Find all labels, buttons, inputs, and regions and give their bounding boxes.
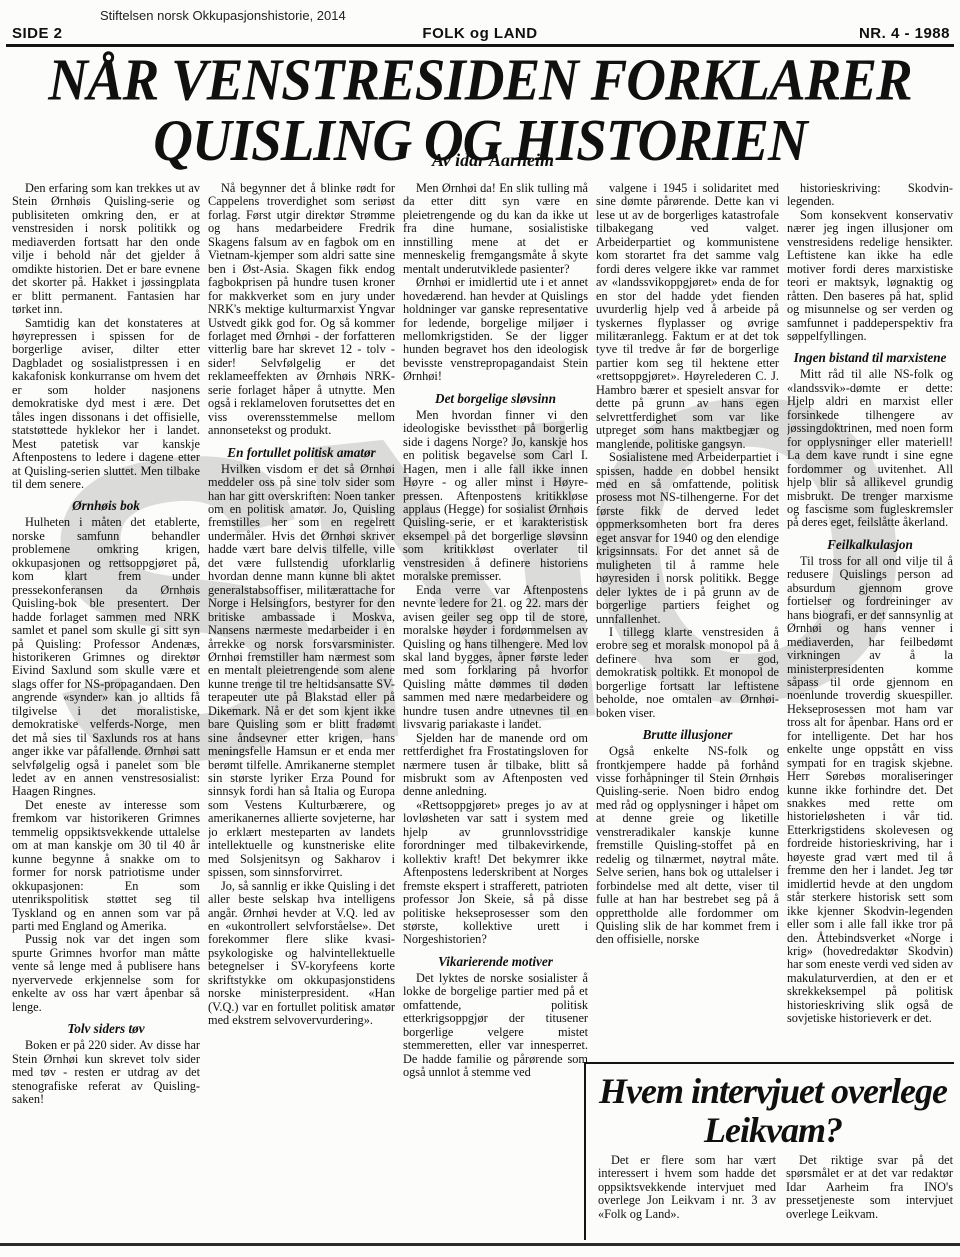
paragraph: Det eneste av interesse som fremkom var … [12, 799, 200, 934]
byline: Av idar Aarheim [398, 150, 588, 171]
article-column-1: Den erfaring som kan trekkes ut av Stein… [12, 182, 200, 1240]
paragraph: Men Ørnhøi da! En slik tulling må da ett… [403, 182, 588, 276]
section-subhead: Ørnhøis bok [12, 499, 200, 513]
paragraph: Sjelden har de manende ord om rettferdig… [403, 732, 588, 799]
article-column-4: valgene i 1945 i solidaritet med sine dø… [596, 182, 779, 1058]
article-column-5: historieskriving: Skodvin-legenden.Som k… [787, 182, 953, 1058]
page-bottom-divider [0, 1243, 960, 1246]
section-subhead: Brutte illusjoner [596, 728, 779, 742]
provenance-stamp: Stiftelsen norsk Okkupasjonshistorie, 20… [100, 8, 346, 23]
paragraph: Mitt råd til alle NS-folk og «landssvik»… [787, 368, 953, 529]
paragraph: Sosialistene med Arbeiderpartiet i spiss… [596, 451, 779, 626]
paragraph: historieskriving: Skodvin-legenden. [787, 182, 953, 209]
paragraph: Til tross for all ond vilje til å reduse… [787, 555, 953, 1026]
masthead: FOLK og LAND [0, 25, 960, 42]
paragraph: «Rettsoppgjøret» preges jo av at lovløsh… [403, 799, 588, 947]
newspaper-page: Stiftelsen norsk Okkupasjonshistorie, 20… [0, 0, 960, 1257]
paragraph: Jo, så sannlig er ikke Quisling i det al… [208, 880, 395, 1028]
paragraph: Ørnhøi er imidlertid ute i et annet hove… [403, 276, 588, 384]
paragraph: valgene i 1945 i solidaritet med sine dø… [596, 182, 779, 451]
paragraph: Det lyktes de norske sosialister å lokke… [403, 972, 588, 1080]
paragraph: Samtidig kan det konstateres at høyrepre… [12, 317, 200, 492]
paragraph: Det riktige svar på det spørsmålet er at… [786, 1154, 953, 1221]
section-subhead: Feilkalkulasjon [787, 538, 953, 552]
section-subhead: Det borgelige sløvsinn [403, 392, 588, 406]
paragraph: Hvilken visdom er det så Ørnhøi meddeler… [208, 463, 395, 880]
paragraph: Også enkelte NS-folk og frontkjempere ha… [596, 745, 779, 947]
bottom-article-column-1: Det er flere som har vært interessert i … [598, 1154, 776, 1238]
issue-number: NR. 4 - 1988 [859, 25, 950, 42]
paragraph: Pussig nok var det ingen som spurte Grim… [12, 933, 200, 1014]
paragraph: Enda verre var Aftenpostens nevnte leder… [403, 584, 588, 732]
article-column-2: Nå begynner det å blinke rødt for Cappel… [208, 182, 395, 1154]
paragraph: Men hvordan finner vi den ideologiske be… [403, 409, 588, 584]
paragraph: Den erfaring som kan trekkes ut av Stein… [12, 182, 200, 317]
section-subhead: Tolv siders tøv [12, 1022, 200, 1036]
paragraph: Som konsekvent konservativ nærer jeg ing… [787, 209, 953, 344]
bottom-article-headline: Hvem intervjuet overlege Leikvam? [592, 1072, 954, 1150]
main-headline-line1: NÅR VENSTRESIDEN FORKLARER [0, 50, 960, 110]
section-subhead: Vikarierende motiver [403, 955, 588, 969]
bottom-article-left-divider [584, 1062, 586, 1240]
paragraph: Boken er på 220 sider. Av disse har Stei… [12, 1039, 200, 1106]
section-subhead: Ingen bistand til marxistene [787, 351, 953, 365]
section-subhead: En fortullet politisk amatør [208, 446, 395, 460]
bottom-article-column-2: Det riktige svar på det spørsmålet er at… [786, 1154, 953, 1238]
bottom-article-top-divider [586, 1062, 954, 1064]
paragraph: I tillegg klarte venstresiden å erobre s… [596, 626, 779, 720]
article-column-3: Men Ørnhøi da! En slik tulling må da ett… [403, 182, 588, 1236]
paragraph: Nå begynner det å blinke rødt for Cappel… [208, 182, 395, 438]
paragraph: Hulheten i måten det etablerte, norske s… [12, 516, 200, 799]
paragraph: Det er flere som har vært interessert i … [598, 1154, 776, 1221]
